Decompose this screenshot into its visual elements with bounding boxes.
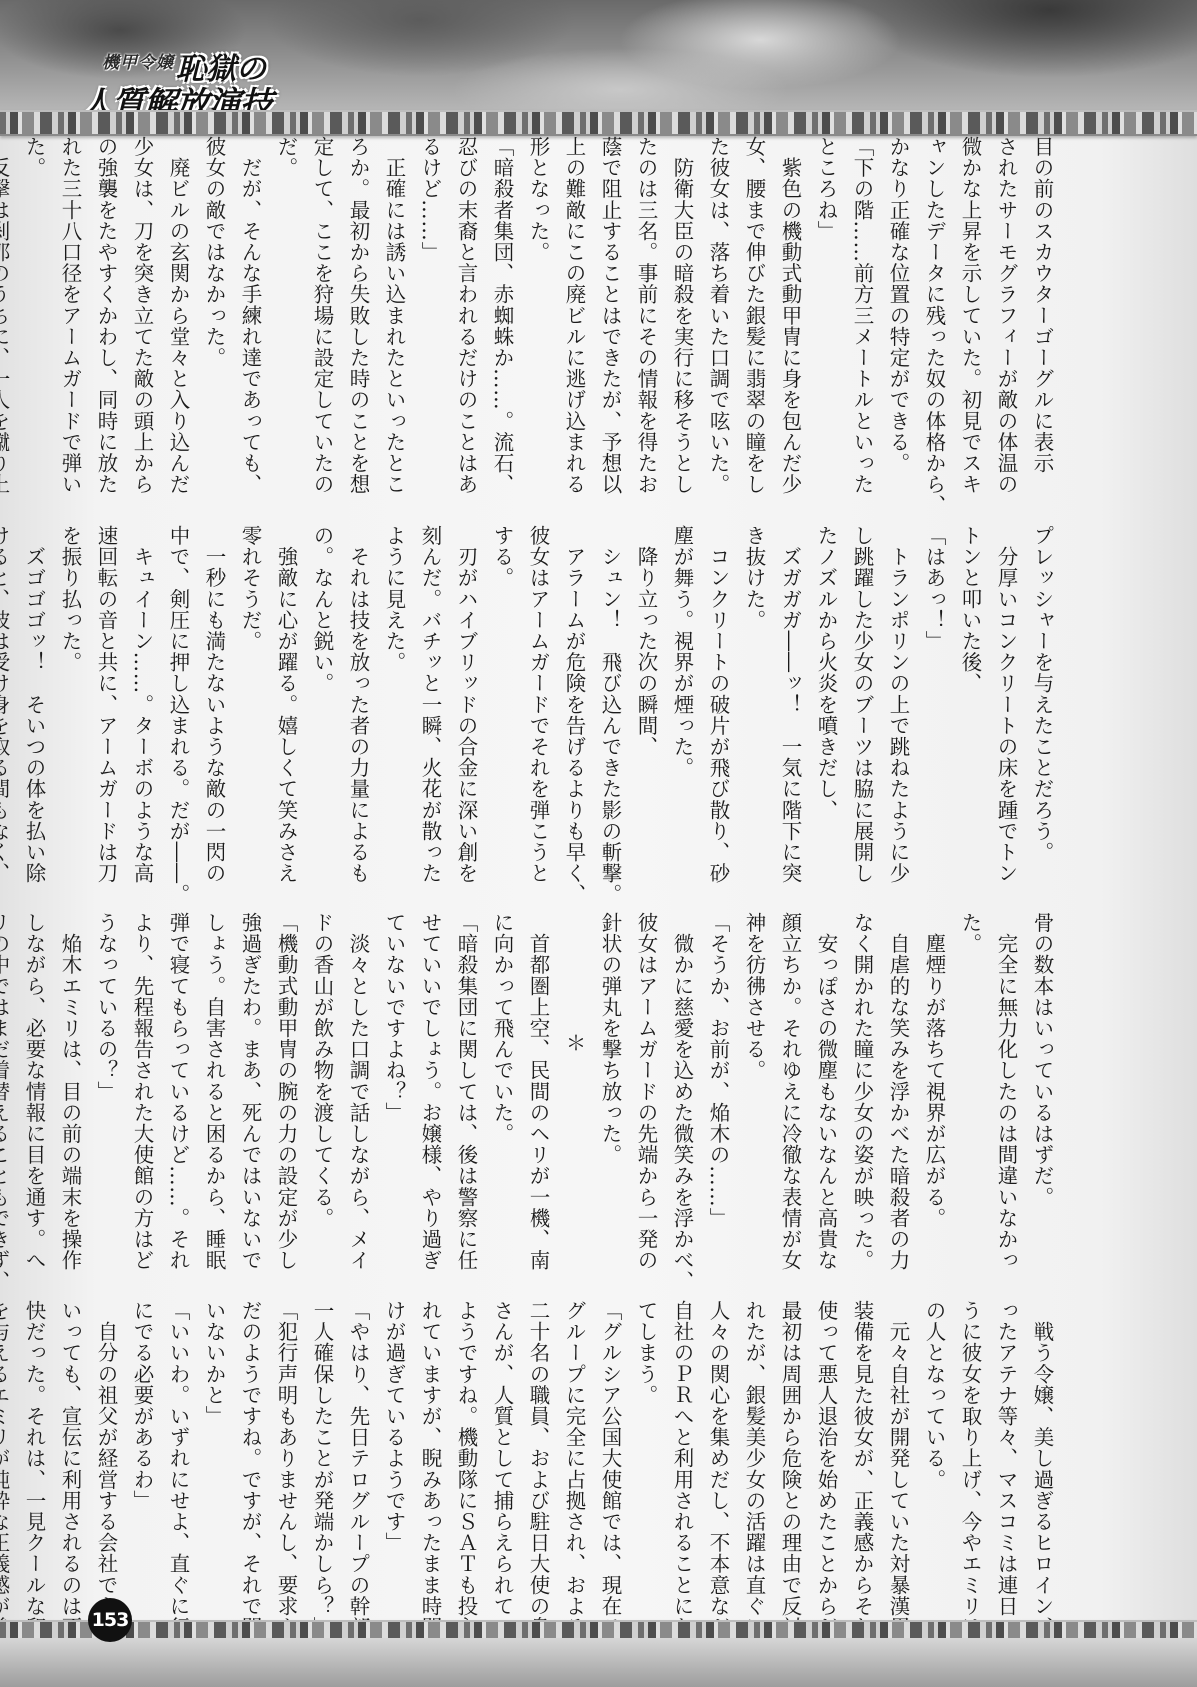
text-tier-1: 目の前のスカウターゴーグルに表示 されたサーモグラフィーが敵の体温の 微かな上昇… (0, 136, 1060, 501)
text-tier-3: 骨の数本はいっているはずだ。 完全に無力化したのは間違いなかっ た。 塵煙りが落… (0, 912, 1060, 1277)
text-column: 一人確保したことが発端かしら？」 (304, 1300, 340, 1665)
text-column: 正確には誘い込まれたといったとこ (376, 136, 412, 501)
text-column: 少女は、刀を突き立てた敵の頭上から (124, 136, 160, 501)
text-column: た。 (952, 912, 988, 1277)
text-column: しながら、必要な情報に目を通す。へ (16, 912, 52, 1277)
text-column: 自虐的な笑みを浮かべた暗殺者の力 (880, 912, 916, 1277)
text-column: 速回転の音と共に、アームガードは刀 (88, 525, 124, 890)
text-column: 焔木エミリは、目の前の端末を操作 (52, 912, 88, 1277)
text-column: ズゴゴゴッ！ そいつの体を払い除 (16, 525, 52, 890)
text-column: 「はあっ！」 (916, 525, 952, 890)
text-column: けが過ぎているようです」 (376, 1300, 412, 1665)
text-column: の。なんと鋭い。 (304, 525, 340, 890)
text-column: ャンしたデータに残った奴の体格から、 (916, 136, 952, 501)
text-column: 完全に無力化したのは間違いなかっ (988, 912, 1024, 1277)
text-column: に向かって飛んでいた。 (484, 912, 520, 1277)
text-column: 蔭で阻止することはできたが、予想以 (592, 136, 628, 501)
text-column: の人となっている。 (916, 1300, 952, 1665)
text-column: 自社のＰＲへと利用されることになっ (664, 1300, 700, 1665)
text-column: ドの香山が飲み物を渡してくる。 (304, 912, 340, 1277)
text-column: ていないですよね？」 (376, 912, 412, 1277)
text-column: けると、彼は受け身を取る間もなく、 (0, 525, 16, 890)
text-column: だのようですね。ですが、それで間違 (232, 1300, 268, 1665)
book-title-logo: 機甲令嬢 恥獄の 人質解放演技 (80, 44, 300, 116)
text-column: れたが、銀髪美少女の活躍は直ぐに (736, 1300, 772, 1665)
text-column: 弾で寝てもらっているけど……。それ (160, 912, 196, 1277)
text-column: トンと叩いた後、 (952, 525, 988, 890)
decorative-border-top (0, 110, 1197, 136)
text-column: 強過ぎたわ。まあ、死んではいないで (232, 912, 268, 1277)
text-column: 二十名の職員、および駐日大使の息子 (520, 1300, 556, 1665)
text-column: 刻んだ。バチッと一瞬、火花が散った (412, 525, 448, 890)
text-column: それは技を放った者の力量によるも (340, 525, 376, 890)
text-column: 分厚いコンクリートの床を踵でトン (988, 525, 1024, 890)
text-column: 「暗殺集団に関しては、後は警察に任 (448, 912, 484, 1277)
text-column: 彼女はアームガードの先端から一発の (628, 912, 664, 1277)
text-column: トランポリンの上で跳ねたように少 (880, 525, 916, 890)
text-column: うなっているの？」 (88, 912, 124, 1277)
text-column: 使って悪人退治を始めたことからだ。 (808, 1300, 844, 1665)
text-column: を振り払った。 (52, 525, 88, 890)
text-column: 元々自社が開発していた対暴漢用の (880, 1300, 916, 1665)
text-column: 装備を見た彼女が、正義感からそれを (844, 1300, 880, 1665)
text-column: ように見えた。 (376, 525, 412, 890)
text-column: されたサーモグラフィーが敵の体温の (988, 136, 1024, 501)
text-column: し跳躍した少女のブーツは脇に展開し (844, 525, 880, 890)
title-subtitle: 機甲令嬢 (102, 48, 174, 73)
text-column: アラームが危険を告げるよりも早く、 (556, 525, 592, 890)
text-column: 強敵に心が躍る。嬉しくて笑みさえ (268, 525, 304, 890)
text-column: 首都圏上空、民間のヘリが一機、南 (520, 912, 556, 1277)
text-column: れていますが、睨みあったまま時間だ (412, 1300, 448, 1665)
text-column: 「下の階……前方三メートルといった (844, 136, 880, 501)
text-column: たのは三名。事前にその情報を得たお (628, 136, 664, 501)
scene-break-asterisk: ＊ (556, 912, 592, 1277)
text-column: いっても、宣伝に利用されるのは不愉 (52, 1300, 88, 1665)
text-column: 忍びの末裔と言われるだけのことはあ (448, 136, 484, 501)
text-column: リの中ではまだ着替えることもできず、 (0, 912, 16, 1277)
text-column: 形となった。 (520, 136, 556, 501)
page-number-badge: 153 (88, 1598, 132, 1642)
text-column: 人々の関心を集めだし、不本意ながら (700, 1300, 736, 1665)
text-column: プレッシャーを与えたことだろう。 (1024, 525, 1060, 890)
text-column: 「そうか、お前が、焔木の……」 (700, 912, 736, 1277)
text-column: 降り立った次の瞬間、 (628, 525, 664, 890)
text-column: 中で、剣圧に押し込まれる。だが――。 (160, 525, 196, 890)
text-column: 廃ビルの玄関から堂々と入り込んだ (160, 136, 196, 501)
text-column: グループに完全に占拠され、およそ (556, 1300, 592, 1665)
text-column: 淡々とした口調で話しながら、メイ (340, 912, 376, 1277)
text-column: キュイーン……。ターボのような高 (124, 525, 160, 890)
text-column: た。 (16, 136, 52, 501)
text-column: 針状の弾丸を撃ち放った。 (592, 912, 628, 1277)
text-column: する。 (484, 525, 520, 890)
text-column: 彼女の敵ではなかった。 (196, 136, 232, 501)
text-column: 防衛大臣の暗殺を実行に移そうとし (664, 136, 700, 501)
text-column: だが、そんな手練れ達であっても、 (232, 136, 268, 501)
text-column: 「グルシア公国大使館では、現在テロ (592, 1300, 628, 1665)
text-column: ようですね。機動隊にＳＡＴも投入さ (448, 1300, 484, 1665)
text-column: ズガガガ――ッ！ 一気に階下に突 (772, 525, 808, 890)
text-column: 骨の数本はいっているはずだ。 (1024, 912, 1060, 1277)
text-column: 顔立ちか。それゆえに冷徹な表情が女 (772, 912, 808, 1277)
text-column: 塵が舞う。視界が煙った。 (664, 525, 700, 890)
text-column: 刃がハイブリッドの合金に深い創を (448, 525, 484, 890)
text-column: 反撃は刹那のうちに、一人を蹴り上 (0, 136, 16, 501)
text-column: いないかと」 (196, 1300, 232, 1665)
text-column: ろか。最初から失敗した時のことを想 (340, 136, 376, 501)
text-column: き抜けた。 (736, 525, 772, 890)
text-column: た彼女は、落ち着いた口調で呟いた。 (700, 136, 736, 501)
text-column: 微かに慈愛を込めた微笑みを浮かべ、 (664, 912, 700, 1277)
text-column: 戦う令嬢、美し過ぎるヒロイン、甦 (1024, 1300, 1060, 1665)
text-tier-4: 戦う令嬢、美し過ぎるヒロイン、甦 ったアテナ等々、マスコミは連日のよ うに彼女を… (0, 1300, 1060, 1665)
text-column: 紫色の機動式動甲冑に身を包んだ少 (772, 136, 808, 501)
text-column: ったアテナ等々、マスコミは連日のよ (988, 1300, 1024, 1665)
text-column: るけど……」 (412, 136, 448, 501)
text-column: 微かな上昇を示していた。初見でスキ (952, 136, 988, 501)
text-column: を与えるエミリが純粋な正義感が強い (0, 1300, 16, 1665)
text-column: 快だった。それは、一見クールな印象 (16, 1300, 52, 1665)
text-column: シュン！ 飛び込んできた影の斬撃。 (592, 525, 628, 890)
text-column: たノズルから火炎を噴きだし、 (808, 525, 844, 890)
text-column: せていいでしょう。お嬢様、やり過ぎ (412, 912, 448, 1277)
text-column: 最初は周囲から危険との理由で反対さ (772, 1300, 808, 1665)
text-column: 一秒にも満たないような敵の一閃の (196, 525, 232, 890)
text-column: ところね」 (808, 136, 844, 501)
text-column: だ。 (268, 136, 304, 501)
text-column: より、先程報告された大使館の方はど (124, 912, 160, 1277)
text-column: なく開かれた瞳に少女の姿が映った。 (844, 912, 880, 1277)
text-column: 「いいわ。いずれにせよ、直ぐに行動 (160, 1300, 196, 1665)
text-column: 「やはり、先日テログループの幹部を (340, 1300, 376, 1665)
text-column: 零れそうだ。 (232, 525, 268, 890)
text-column: さんが、人質として捕らえられている (484, 1300, 520, 1665)
text-column: 定して、ここを狩場に設定していたの (304, 136, 340, 501)
text-column: 「機動式動甲冑の腕の力の設定が少し (268, 912, 304, 1277)
text-column: 目の前のスカウターゴーグルに表示 (1024, 136, 1060, 501)
text-column: 彼女はアームガードでそれを弾こうと (520, 525, 556, 890)
text-column: うに彼女を取り上げ、今やエミリは時 (952, 1300, 988, 1665)
text-column: 神を彷彿させる。 (736, 912, 772, 1277)
text-column: 「暗殺者集団、赤蜘蛛か……。流石、 (484, 136, 520, 501)
text-column: 上の難敵にこの廃ビルに逃げ込まれる (556, 136, 592, 501)
text-column: 安っぽさの微塵もないなんと高貴な (808, 912, 844, 1277)
text-column: かなり正確な位置の特定ができる。 (880, 136, 916, 501)
text-column: 塵煙りが落ちて視界が広がる。 (916, 912, 952, 1277)
text-column: の強襲をたやすくかわし、同時に放た (88, 136, 124, 501)
text-column: しょう。自害されると困るから、睡眠 (196, 912, 232, 1277)
text-column: てしまう。 (628, 1300, 664, 1665)
footer-cloud-background (0, 1638, 1197, 1687)
text-column: 女、腰まで伸びた銀髪に翡翠の瞳をし (736, 136, 772, 501)
text-column: 「犯行声明もありませんし、要求もま (268, 1300, 304, 1665)
text-column: コンクリートの破片が飛び散り、砂 (700, 525, 736, 890)
text-column: れた三十八口径をアームガードで弾い (52, 136, 88, 501)
text-tier-2: プレッシャーを与えたことだろう。 分厚いコンクリートの床を踵でトン トンと叩いた… (0, 525, 1060, 890)
